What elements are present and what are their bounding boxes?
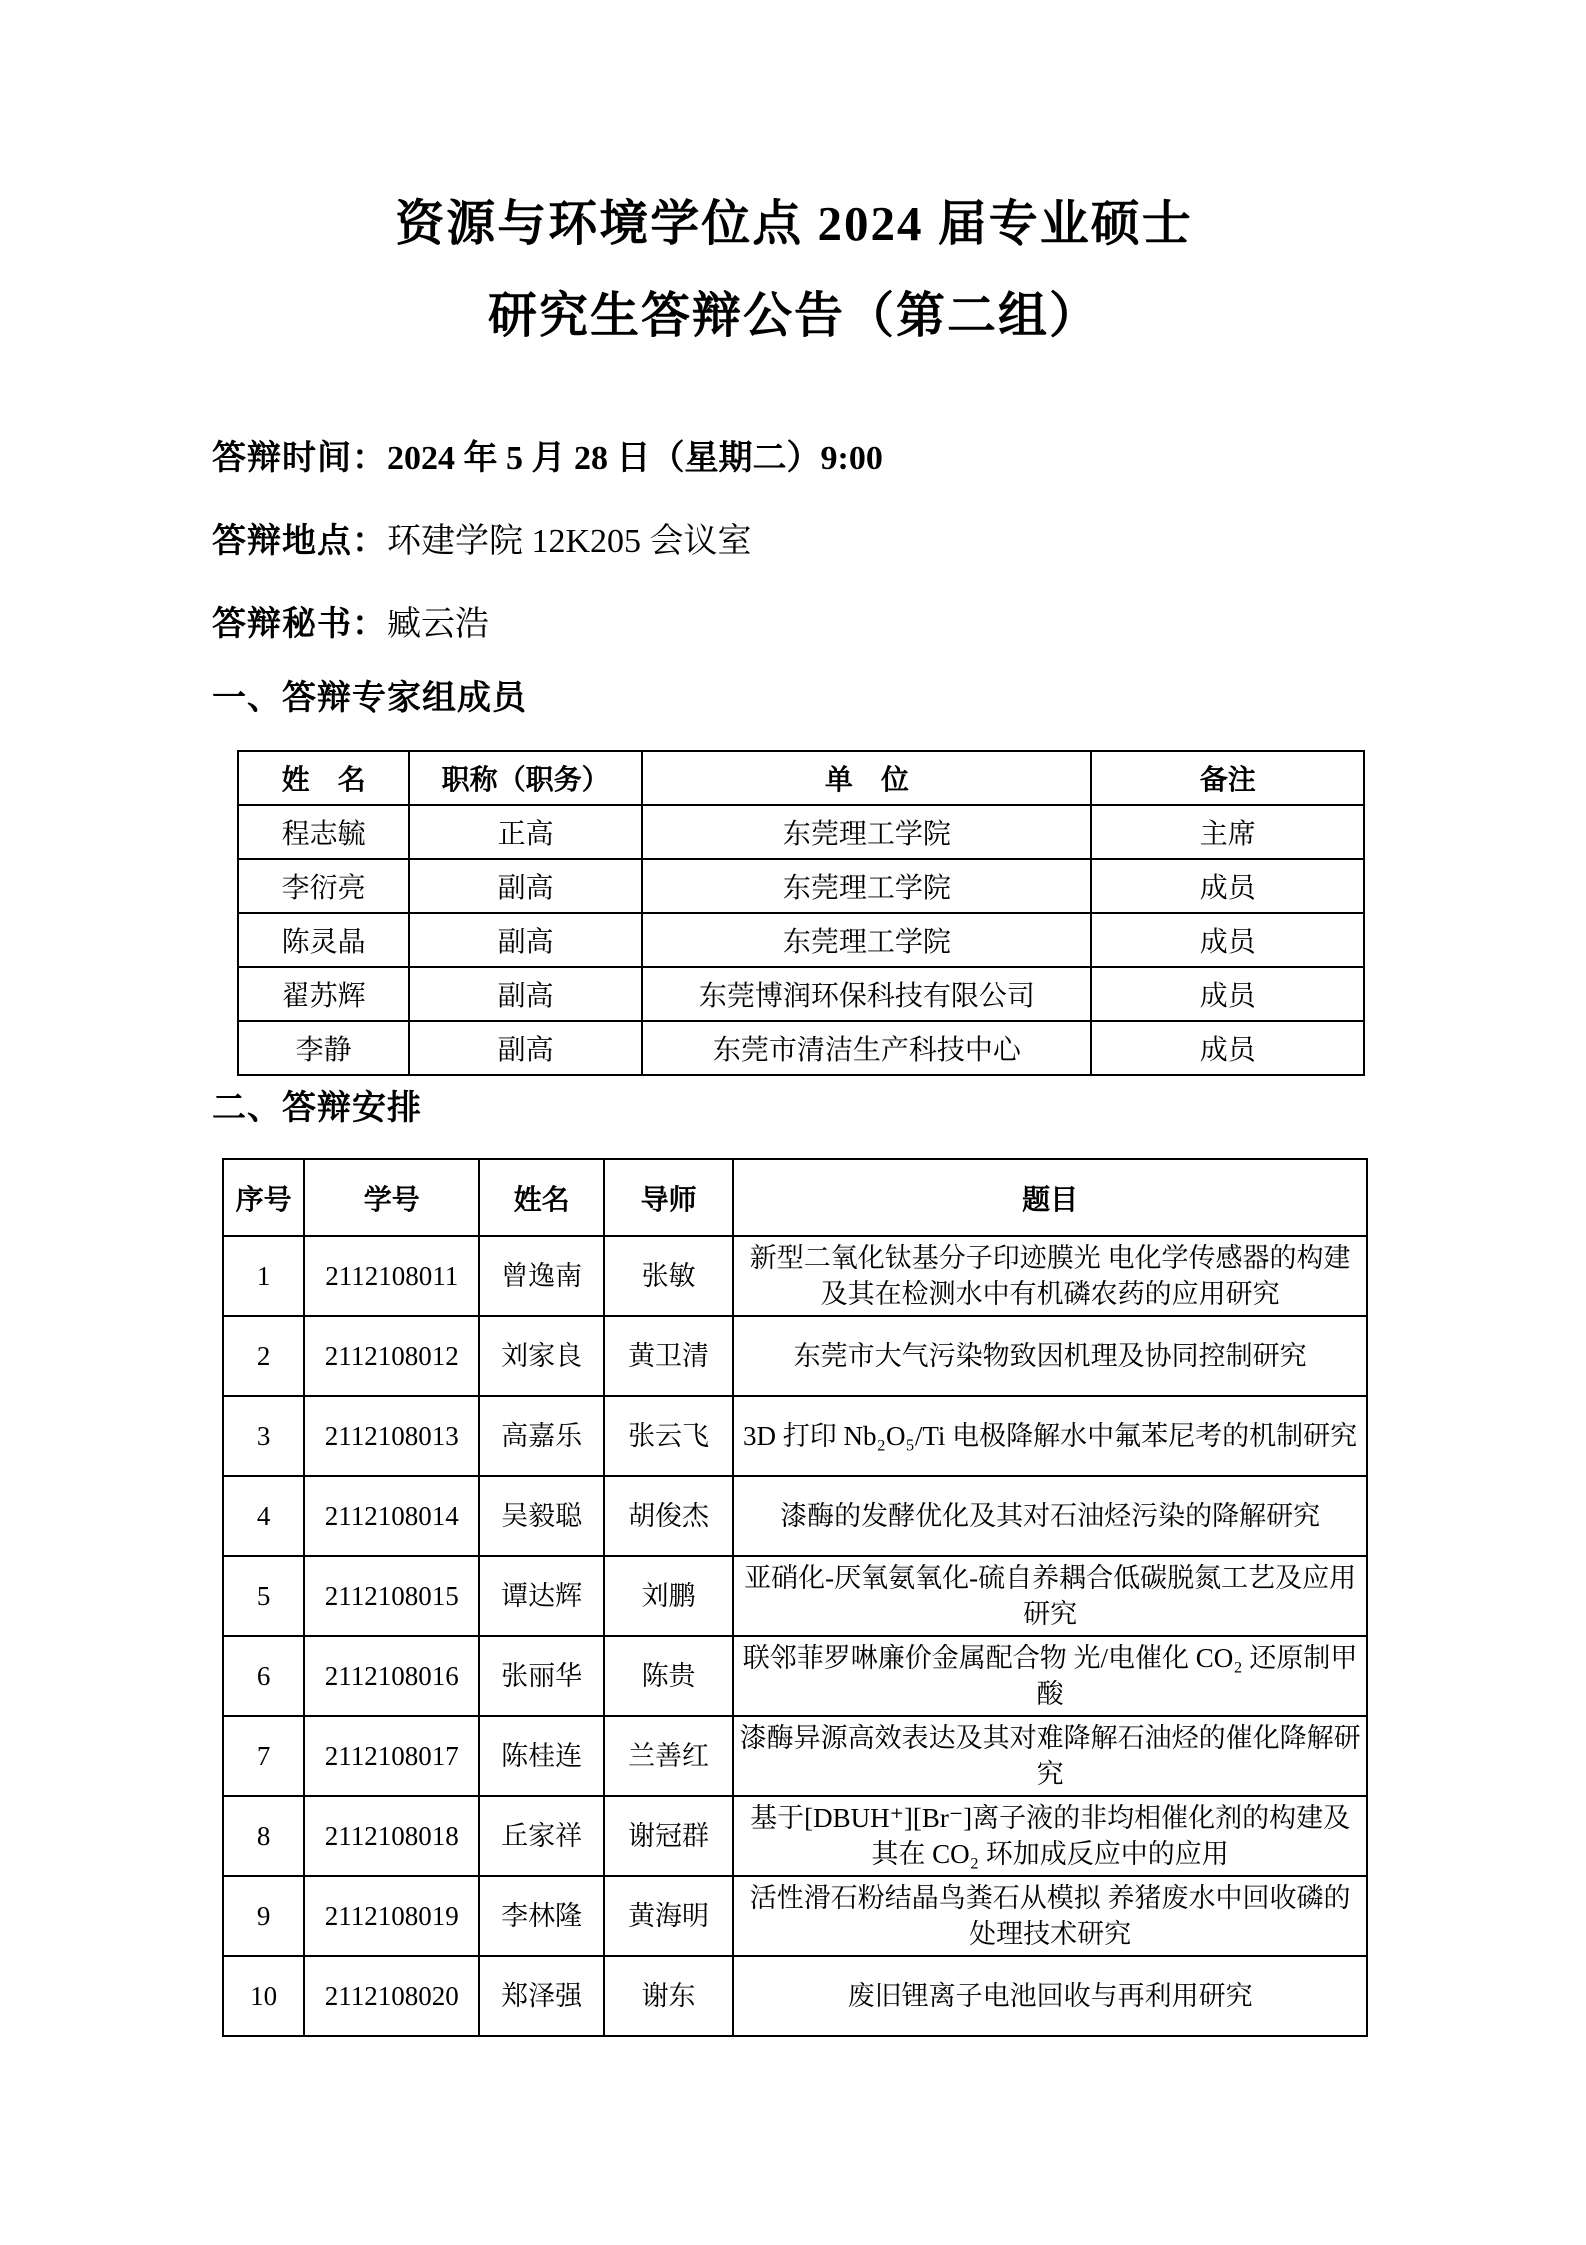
table-cell: 10 [223, 1956, 304, 2036]
table-row: 李静副高东莞市清洁生产科技中心成员 [238, 1021, 1364, 1075]
schedule-col-student-id: 学号 [304, 1159, 479, 1236]
schedule-table-body: 12112108011曾逸南张敏新型二氧化钛基分子印迹膜光 电化学传感器的构建及… [223, 1236, 1367, 2036]
table-cell: 成员 [1091, 859, 1364, 913]
table-cell: 成员 [1091, 1021, 1364, 1075]
table-cell: 东莞市大气污染物致因机理及协同控制研究 [733, 1316, 1367, 1396]
defense-time-label: 答辩时间： [212, 440, 387, 477]
title-line-1: 资源与环境学位点 2024 届专业硕士 [395, 196, 1193, 251]
table-cell: 李林隆 [479, 1876, 604, 1956]
table-cell: 2112108019 [304, 1876, 479, 1956]
document-page: 资源与环境学位点 2024 届专业硕士 研究生答辩公告（第二组） 答辩时间：20… [0, 0, 1586, 2245]
table-cell: 翟苏辉 [238, 967, 409, 1021]
table-cell: 陈贵 [604, 1636, 733, 1716]
table-cell: 曾逸南 [479, 1236, 604, 1316]
defense-location-line: 答辩地点：环建学院 12K205 会议室 [212, 500, 1376, 583]
table-cell: 东莞理工学院 [642, 913, 1091, 967]
schedule-col-supervisor: 导师 [604, 1159, 733, 1236]
defense-time-value: 2024 年 5 月 28 日（星期二）9:00 [387, 440, 883, 477]
table-cell: 程志毓 [238, 805, 409, 859]
defense-location-label: 答辩地点： [212, 523, 387, 560]
table-cell: 高嘉乐 [479, 1396, 604, 1476]
table-cell: 7 [223, 1716, 304, 1796]
defense-secretary-label: 答辩秘书： [212, 606, 387, 643]
table-cell: 漆酶异源高效表达及其对难降解石油烃的催化降解研究 [733, 1716, 1367, 1796]
table-cell: 主席 [1091, 805, 1364, 859]
experts-table-body: 程志毓正高东莞理工学院主席李衍亮副高东莞理工学院成员陈灵晶副高东莞理工学院成员翟… [238, 805, 1364, 1075]
table-cell: 李静 [238, 1021, 409, 1075]
table-cell: 2112108013 [304, 1396, 479, 1476]
table-cell: 张丽华 [479, 1636, 604, 1716]
schedule-col-student-name: 姓名 [479, 1159, 604, 1236]
table-row: 12112108011曾逸南张敏新型二氧化钛基分子印迹膜光 电化学传感器的构建及… [223, 1236, 1367, 1316]
table-row: 82112108018丘家祥谢冠群基于[DBUH⁺][Br⁻]离子液的非均相催化… [223, 1796, 1367, 1876]
table-cell: 1 [223, 1236, 304, 1316]
table-cell: 8 [223, 1796, 304, 1876]
defense-time-line: 答辩时间：2024 年 5 月 28 日（星期二）9:00 [212, 417, 1376, 500]
table-cell: 李衍亮 [238, 859, 409, 913]
table-cell: 亚硝化-厌氧氨氧化-硫自养耦合低碳脱氮工艺及应用研究 [733, 1556, 1367, 1636]
table-cell: 谢冠群 [604, 1796, 733, 1876]
table-cell: 成员 [1091, 913, 1364, 967]
schedule-table: 序号 学号 姓名 导师 题目 12112108011曾逸南张敏新型二氧化钛基分子… [222, 1158, 1368, 2037]
section2-heading: 二、答辩安排 [212, 1086, 1376, 1132]
experts-table: 姓 名 职称（职务） 单 位 备注 程志毓正高东莞理工学院主席李衍亮副高东莞理工… [237, 750, 1365, 1076]
table-row: 42112108014吴毅聪胡俊杰漆酶的发酵优化及其对石油烃污染的降解研究 [223, 1476, 1367, 1556]
table-cell: 9 [223, 1876, 304, 1956]
table-cell: 正高 [409, 805, 642, 859]
table-cell: 3D 打印 Nb₂O₅/Ti 电极降解水中氟苯尼考的机制研究 [733, 1396, 1367, 1476]
table-row: 92112108019李林隆黄海明活性滑石粉结晶鸟粪石从模拟 养猪废水中回收磷的… [223, 1876, 1367, 1956]
table-cell: 陈灵晶 [238, 913, 409, 967]
table-cell: 兰善红 [604, 1716, 733, 1796]
table-cell: 副高 [409, 913, 642, 967]
table-row: 李衍亮副高东莞理工学院成员 [238, 859, 1364, 913]
table-cell: 副高 [409, 859, 642, 913]
table-cell: 东莞理工学院 [642, 805, 1091, 859]
defense-secretary-value: 臧云浩 [387, 606, 489, 643]
experts-col-title: 职称（职务） [409, 751, 642, 805]
table-cell: 副高 [409, 1021, 642, 1075]
table-cell: 2112108017 [304, 1716, 479, 1796]
table-cell: 吴毅聪 [479, 1476, 604, 1556]
table-cell: 2112108018 [304, 1796, 479, 1876]
table-cell: 活性滑石粉结晶鸟粪石从模拟 养猪废水中回收磷的处理技术研究 [733, 1876, 1367, 1956]
table-cell: 刘家良 [479, 1316, 604, 1396]
table-cell: 废旧锂离子电池回收与再利用研究 [733, 1956, 1367, 2036]
table-cell: 东莞博润环保科技有限公司 [642, 967, 1091, 1021]
table-cell: 张敏 [604, 1236, 733, 1316]
table-row: 32112108013高嘉乐张云飞3D 打印 Nb₂O₅/Ti 电极降解水中氟苯… [223, 1396, 1367, 1476]
section1-heading: 一、答辩专家组成员 [212, 676, 1376, 722]
table-cell: 2112108012 [304, 1316, 479, 1396]
table-cell: 张云飞 [604, 1396, 733, 1476]
table-cell: 黄海明 [604, 1876, 733, 1956]
table-cell: 东莞理工学院 [642, 859, 1091, 913]
table-cell: 2112108014 [304, 1476, 479, 1556]
table-cell: 郑泽强 [479, 1956, 604, 2036]
table-cell: 联邻菲罗啉廉价金属配合物 光/电催化 CO₂ 还原制甲酸 [733, 1636, 1367, 1716]
table-cell: 陈桂连 [479, 1716, 604, 1796]
experts-col-note: 备注 [1091, 751, 1364, 805]
table-row: 22112108012刘家良黄卫清东莞市大气污染物致因机理及协同控制研究 [223, 1316, 1367, 1396]
table-row: 翟苏辉副高东莞博润环保科技有限公司成员 [238, 967, 1364, 1021]
table-cell: 谢东 [604, 1956, 733, 2036]
table-cell: 4 [223, 1476, 304, 1556]
table-cell: 基于[DBUH⁺][Br⁻]离子液的非均相催化剂的构建及其在 CO₂ 环加成反应… [733, 1796, 1367, 1876]
schedule-table-header-row: 序号 学号 姓名 导师 题目 [223, 1159, 1367, 1236]
table-cell: 漆酶的发酵优化及其对石油烃污染的降解研究 [733, 1476, 1367, 1556]
experts-col-name: 姓 名 [238, 751, 409, 805]
document-title: 资源与环境学位点 2024 届专业硕士 研究生答辩公告（第二组） [212, 178, 1376, 362]
experts-table-header-row: 姓 名 职称（职务） 单 位 备注 [238, 751, 1364, 805]
defense-info: 答辩时间：2024 年 5 月 28 日（星期二）9:00 答辩地点：环建学院 … [212, 417, 1376, 666]
table-cell: 2112108020 [304, 1956, 479, 2036]
table-cell: 2112108015 [304, 1556, 479, 1636]
schedule-col-index: 序号 [223, 1159, 304, 1236]
table-cell: 2112108016 [304, 1636, 479, 1716]
table-cell: 成员 [1091, 967, 1364, 1021]
table-cell: 2 [223, 1316, 304, 1396]
table-cell: 2112108011 [304, 1236, 479, 1316]
table-row: 陈灵晶副高东莞理工学院成员 [238, 913, 1364, 967]
table-row: 72112108017陈桂连兰善红漆酶异源高效表达及其对难降解石油烃的催化降解研… [223, 1716, 1367, 1796]
table-cell: 6 [223, 1636, 304, 1716]
table-cell: 刘鹏 [604, 1556, 733, 1636]
experts-col-unit: 单 位 [642, 751, 1091, 805]
table-row: 程志毓正高东莞理工学院主席 [238, 805, 1364, 859]
table-cell: 5 [223, 1556, 304, 1636]
table-cell: 副高 [409, 967, 642, 1021]
table-row: 62112108016张丽华陈贵联邻菲罗啉廉价金属配合物 光/电催化 CO₂ 还… [223, 1636, 1367, 1716]
schedule-col-topic: 题目 [733, 1159, 1367, 1236]
table-cell: 3 [223, 1396, 304, 1476]
title-line-2: 研究生答辩公告（第二组） [488, 288, 1100, 343]
table-cell: 谭达辉 [479, 1556, 604, 1636]
table-row: 52112108015谭达辉刘鹏亚硝化-厌氧氨氧化-硫自养耦合低碳脱氮工艺及应用… [223, 1556, 1367, 1636]
table-cell: 东莞市清洁生产科技中心 [642, 1021, 1091, 1075]
table-cell: 胡俊杰 [604, 1476, 733, 1556]
table-cell: 黄卫清 [604, 1316, 733, 1396]
table-cell: 丘家祥 [479, 1796, 604, 1876]
defense-secretary-line: 答辩秘书：臧云浩 [212, 583, 1376, 666]
table-row: 102112108020郑泽强谢东废旧锂离子电池回收与再利用研究 [223, 1956, 1367, 2036]
defense-location-value: 环建学院 12K205 会议室 [387, 523, 752, 560]
table-cell: 新型二氧化钛基分子印迹膜光 电化学传感器的构建及其在检测水中有机磷农药的应用研究 [733, 1236, 1367, 1316]
